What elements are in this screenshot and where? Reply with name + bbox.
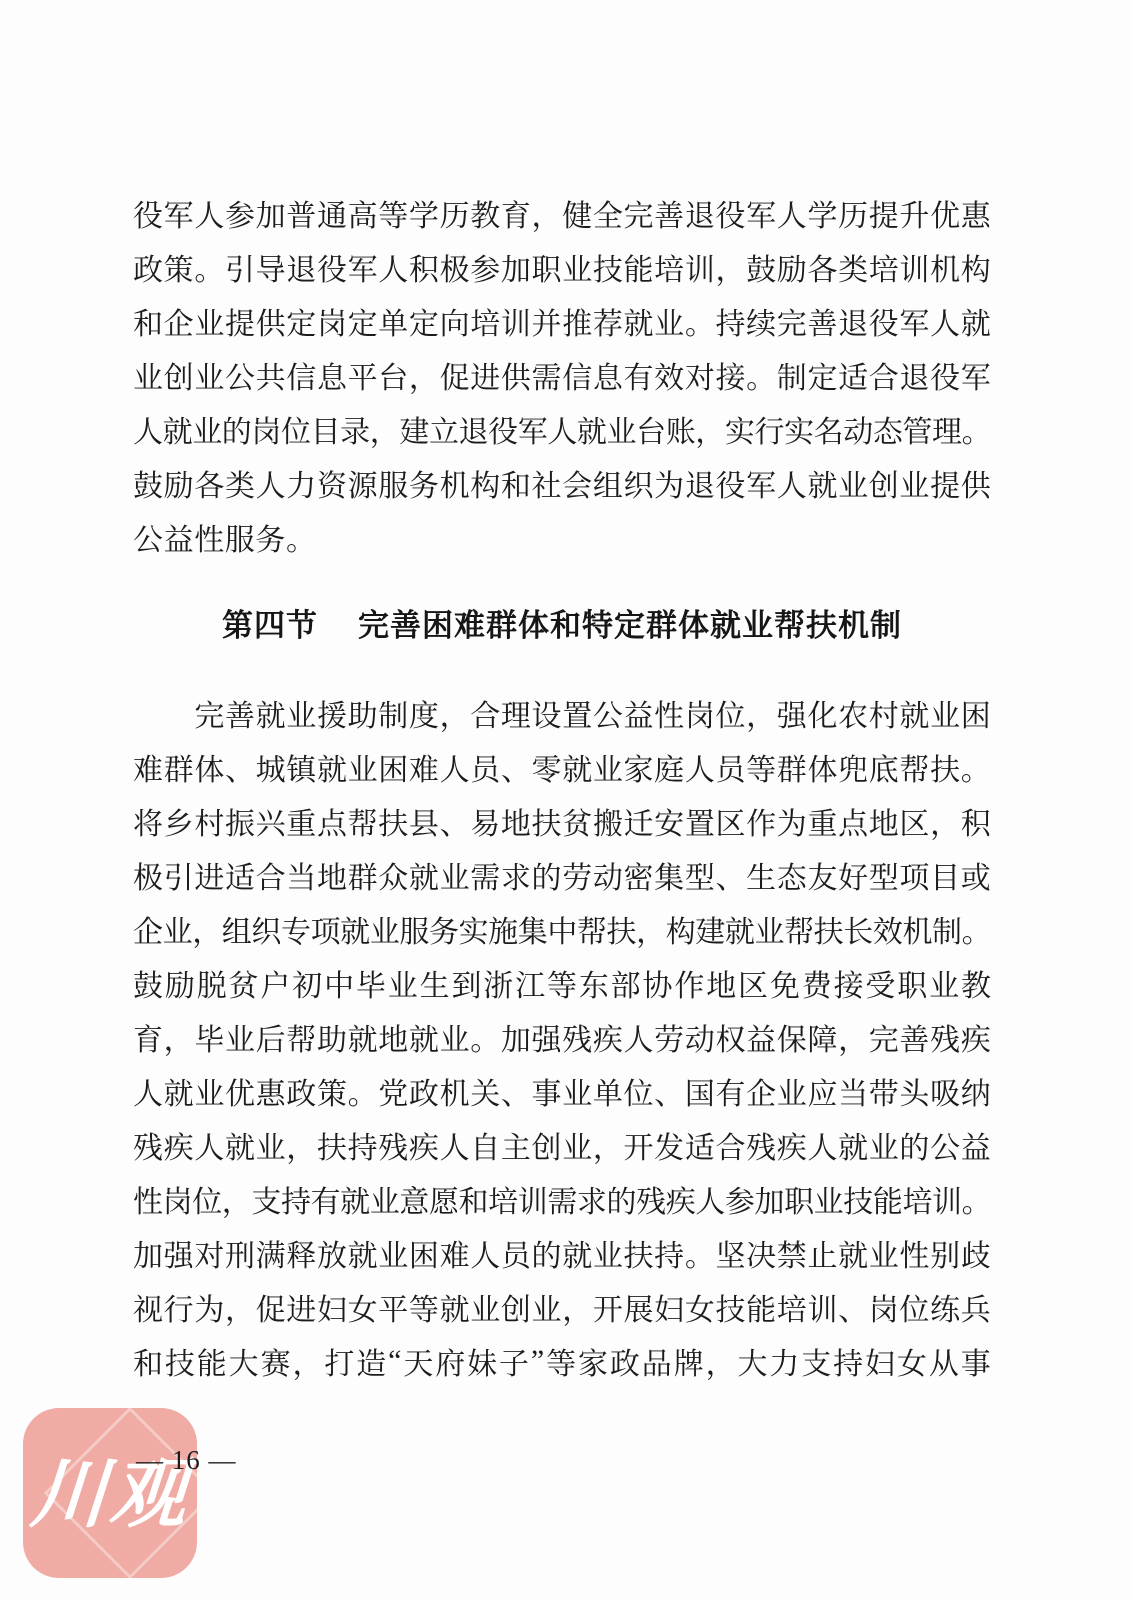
text-line: 性岗位，支持有就业意愿和培训需求的残疾人参加职业技能培训。: [133, 1172, 991, 1226]
section-title: 完善困难群体和特定群体就业帮扶机制: [358, 600, 902, 645]
text-line: 人就业优惠政策。党政机关、事业单位、国有企业应当带头吸纳: [133, 1064, 991, 1118]
section-number: 第四节: [222, 600, 318, 645]
text-line: 鼓励脱贫户初中毕业生到浙江等东部协作地区免费接受职业教: [133, 956, 991, 1010]
text-line: 育，毕业后帮助就地就业。加强残疾人劳动权益保障，完善残疾: [133, 1010, 991, 1064]
text-line: 和技能大赛，打造“天府妹子”等家政品牌，大力支持妇女从事: [133, 1334, 991, 1388]
text-line: 难群体、城镇就业困难人员、零就业家庭人员等群体兜底帮扶。: [133, 740, 991, 794]
text-line: 完善就业援助制度，合理设置公益性岗位，强化农村就业困: [133, 686, 991, 740]
main-paragraph: 完善就业援助制度，合理设置公益性岗位，强化农村就业困难群体、城镇就业困难人员、零…: [133, 686, 991, 1388]
text-line: 加强对刑满释放就业困难人员的就业扶持。坚决禁止就业性别歧: [133, 1226, 991, 1280]
text-line: 人就业的岗位目录，建立退役军人就业台账，实行实名动态管理。: [133, 402, 991, 456]
text-line: 鼓励各类人力资源服务机构和社会组织为退役军人就业创业提供: [133, 456, 991, 510]
opening-paragraph: 役军人参加普通高等学历教育，健全完善退役军人学历提升优惠政策。引导退役军人积极参…: [133, 186, 991, 564]
chuanguan-watermark-logo: 川观: [23, 1408, 197, 1578]
text-line: 和企业提供定岗定单定向培训并推荐就业。持续完善退役军人就: [133, 294, 991, 348]
text-line: 视行为，促进妇女平等就业创业，开展妇女技能培训、岗位练兵: [133, 1280, 991, 1334]
text-line: 将乡村振兴重点帮扶县、易地扶贫搬迁安置区作为重点地区，积: [133, 794, 991, 848]
text-line: 企业，组织专项就业服务实施集中帮扶，构建就业帮扶长效机制。: [133, 902, 991, 956]
text-line: 公益性服务。: [133, 510, 991, 564]
text-line: 残疾人就业，扶持残疾人自主创业，开发适合残疾人就业的公益: [133, 1118, 991, 1172]
section-heading: 第四节 完善困难群体和特定群体就业帮扶机制: [133, 594, 991, 650]
page-number: — 16 —: [136, 1445, 237, 1476]
document-page: 役军人参加普通高等学历教育，健全完善退役军人学历提升优惠政策。引导退役军人积极参…: [0, 0, 1131, 1600]
text-line: 役军人参加普通高等学历教育，健全完善退役军人学历提升优惠: [133, 186, 991, 240]
text-line: 业创业公共信息平台，促进供需信息有效对接。制定适合退役军: [133, 348, 991, 402]
text-line: 政策。引导退役军人积极参加职业技能培训，鼓励各类培训机构: [133, 240, 991, 294]
text-line: 极引进适合当地群众就业需求的劳动密集型、生态友好型项目或: [133, 848, 991, 902]
